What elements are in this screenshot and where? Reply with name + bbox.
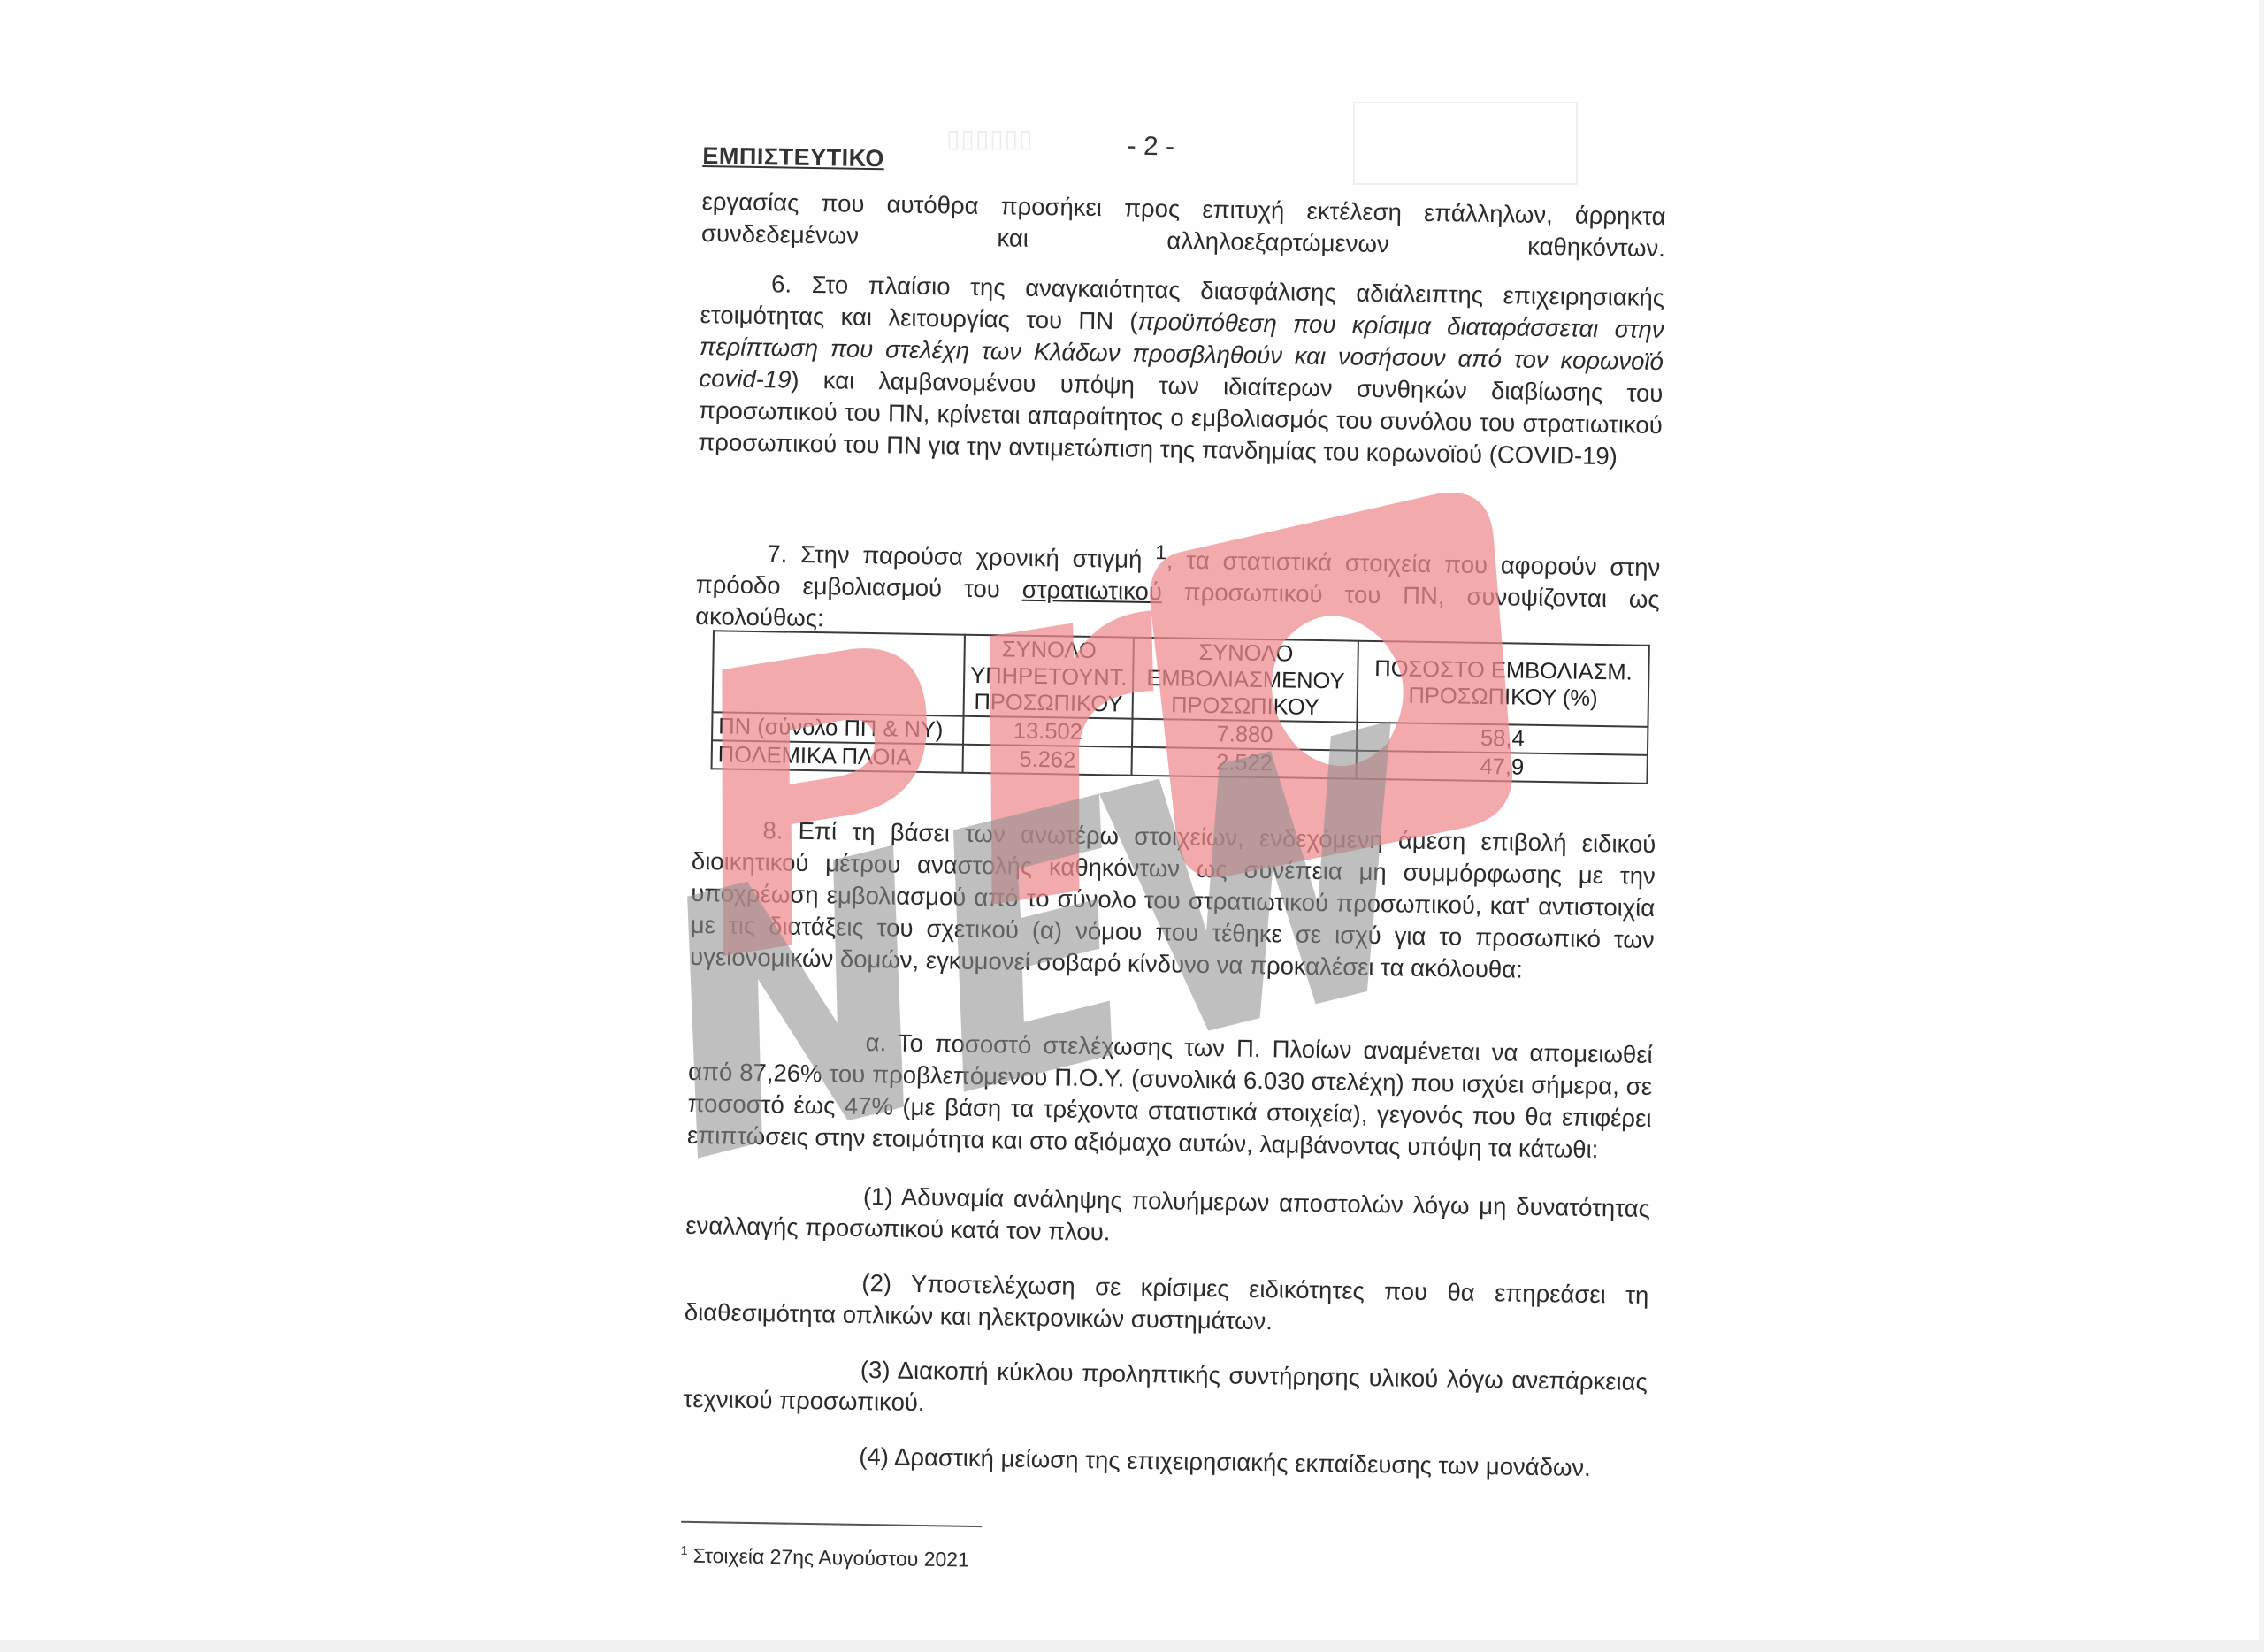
footnote: 1 Στοιχεία 27ης Αυγούστου 2021 xyxy=(680,1534,969,1576)
table-header-total-vaccinated: ΣΥΝΟΛΟ ΕΜΒΟΛΙΑΣΜΕΝΟΥ ΠΡΟΣΩΠΙΚΟΥ xyxy=(1133,638,1358,723)
paragraph-8-text: 8. Επί τη βάσει των ανωτέρω στοιχείων, ε… xyxy=(690,816,1656,983)
footnote-marker: 1 xyxy=(681,1543,688,1557)
paragraph-continuation-text: εργασίας που αυτόθρα προσήκει προς επιτυ… xyxy=(701,187,1666,262)
paragraph-7: 7. Στην παρούσα χρονική στιγμή 1, τα στα… xyxy=(695,529,1661,647)
table-cell: 47,9 xyxy=(1357,751,1648,784)
table-header-vaccination-percent: ΠΟΣΟΣΤΟ ΕΜΒΟΛΙΑΣΜ. ΠΡΟΣΩΠΙΚΟΥ (%) xyxy=(1358,641,1649,727)
bleed-through-stamp xyxy=(1353,102,1578,185)
table-row-label: ΠΟΛΕΜΙΚΑ ΠΛΟΙΑ xyxy=(712,740,963,772)
vaccination-stats-table: ΣΥΝΟΛΟ ΥΠΗΡΕΤΟΥΝΤ. ΠΡΟΣΩΠΙΚΟΥ ΣΥΝΟΛΟ ΕΜΒ… xyxy=(711,630,1650,784)
paragraph-8a-text: α. Το ποσοστό στελέχωσης των Π. Πλοίων α… xyxy=(687,1029,1653,1163)
paragraph-7-start: 7. Στην παρούσα χρονική στιγμή xyxy=(767,539,1155,573)
footnote-reference: 1 xyxy=(1155,540,1166,563)
page-number: - 2 - xyxy=(1127,131,1174,164)
table-cell: 2.522 xyxy=(1132,747,1357,779)
bleed-through-text: ▯▯▯▯▯▯ xyxy=(946,124,1033,153)
list-item-2-text: (2) Υποστελέχωση σε κρίσιμες ειδικότητες… xyxy=(685,1269,1649,1335)
list-item-3-text: (3) Διακοπή κύκλου προληπτικής συντήρηση… xyxy=(683,1356,1648,1416)
table-cell: 7.880 xyxy=(1132,719,1357,751)
table-header-total-serving: ΣΥΝΟΛΟ ΥΠΗΡΕΤΟΥΝΤ. ΠΡΟΣΩΠΙΚΟΥ xyxy=(964,635,1135,719)
table-cell: 58,4 xyxy=(1357,723,1648,755)
table-cell: 13.502 xyxy=(963,716,1133,747)
paragraph-6-end: ) και λαμβανομένου υπόψη των ιδιαίτερων … xyxy=(698,366,1663,470)
list-item-1-text: (1) Αδυναμία ανάληψης πολυήμερων αποστολ… xyxy=(685,1182,1650,1245)
paragraph-7-underlined: στρατιωτικού xyxy=(1022,576,1163,605)
table-row-label: ΠΝ (σύνολο ΠΠ & ΝΥ) xyxy=(712,712,963,744)
table-cell: 5.262 xyxy=(963,745,1133,776)
table-header-row: ΣΥΝΟΛΟ ΥΠΗΡΕΤΟΥΝΤ. ΠΡΟΣΩΠΙΚΟΥ ΣΥΝΟΛΟ ΕΜΒ… xyxy=(713,631,1649,727)
paragraph-6: 6. Στο πλαίσιο της αναγκαιότητας διασφάλ… xyxy=(698,267,1664,473)
table-header-blank xyxy=(713,631,965,715)
paragraph-8a: α. Το ποσοστό στελέχωσης των Π. Πλοίων α… xyxy=(687,1024,1653,1166)
footnote-text: Στοιχεία 27ης Αυγούστου 2021 xyxy=(693,1544,970,1572)
classification-header: ΕΜΠΙΣΤΕΥΤΙΚΟ xyxy=(702,140,884,174)
paragraph-8: 8. Επί τη βάσει των ανωτέρω στοιχείων, ε… xyxy=(690,814,1656,988)
